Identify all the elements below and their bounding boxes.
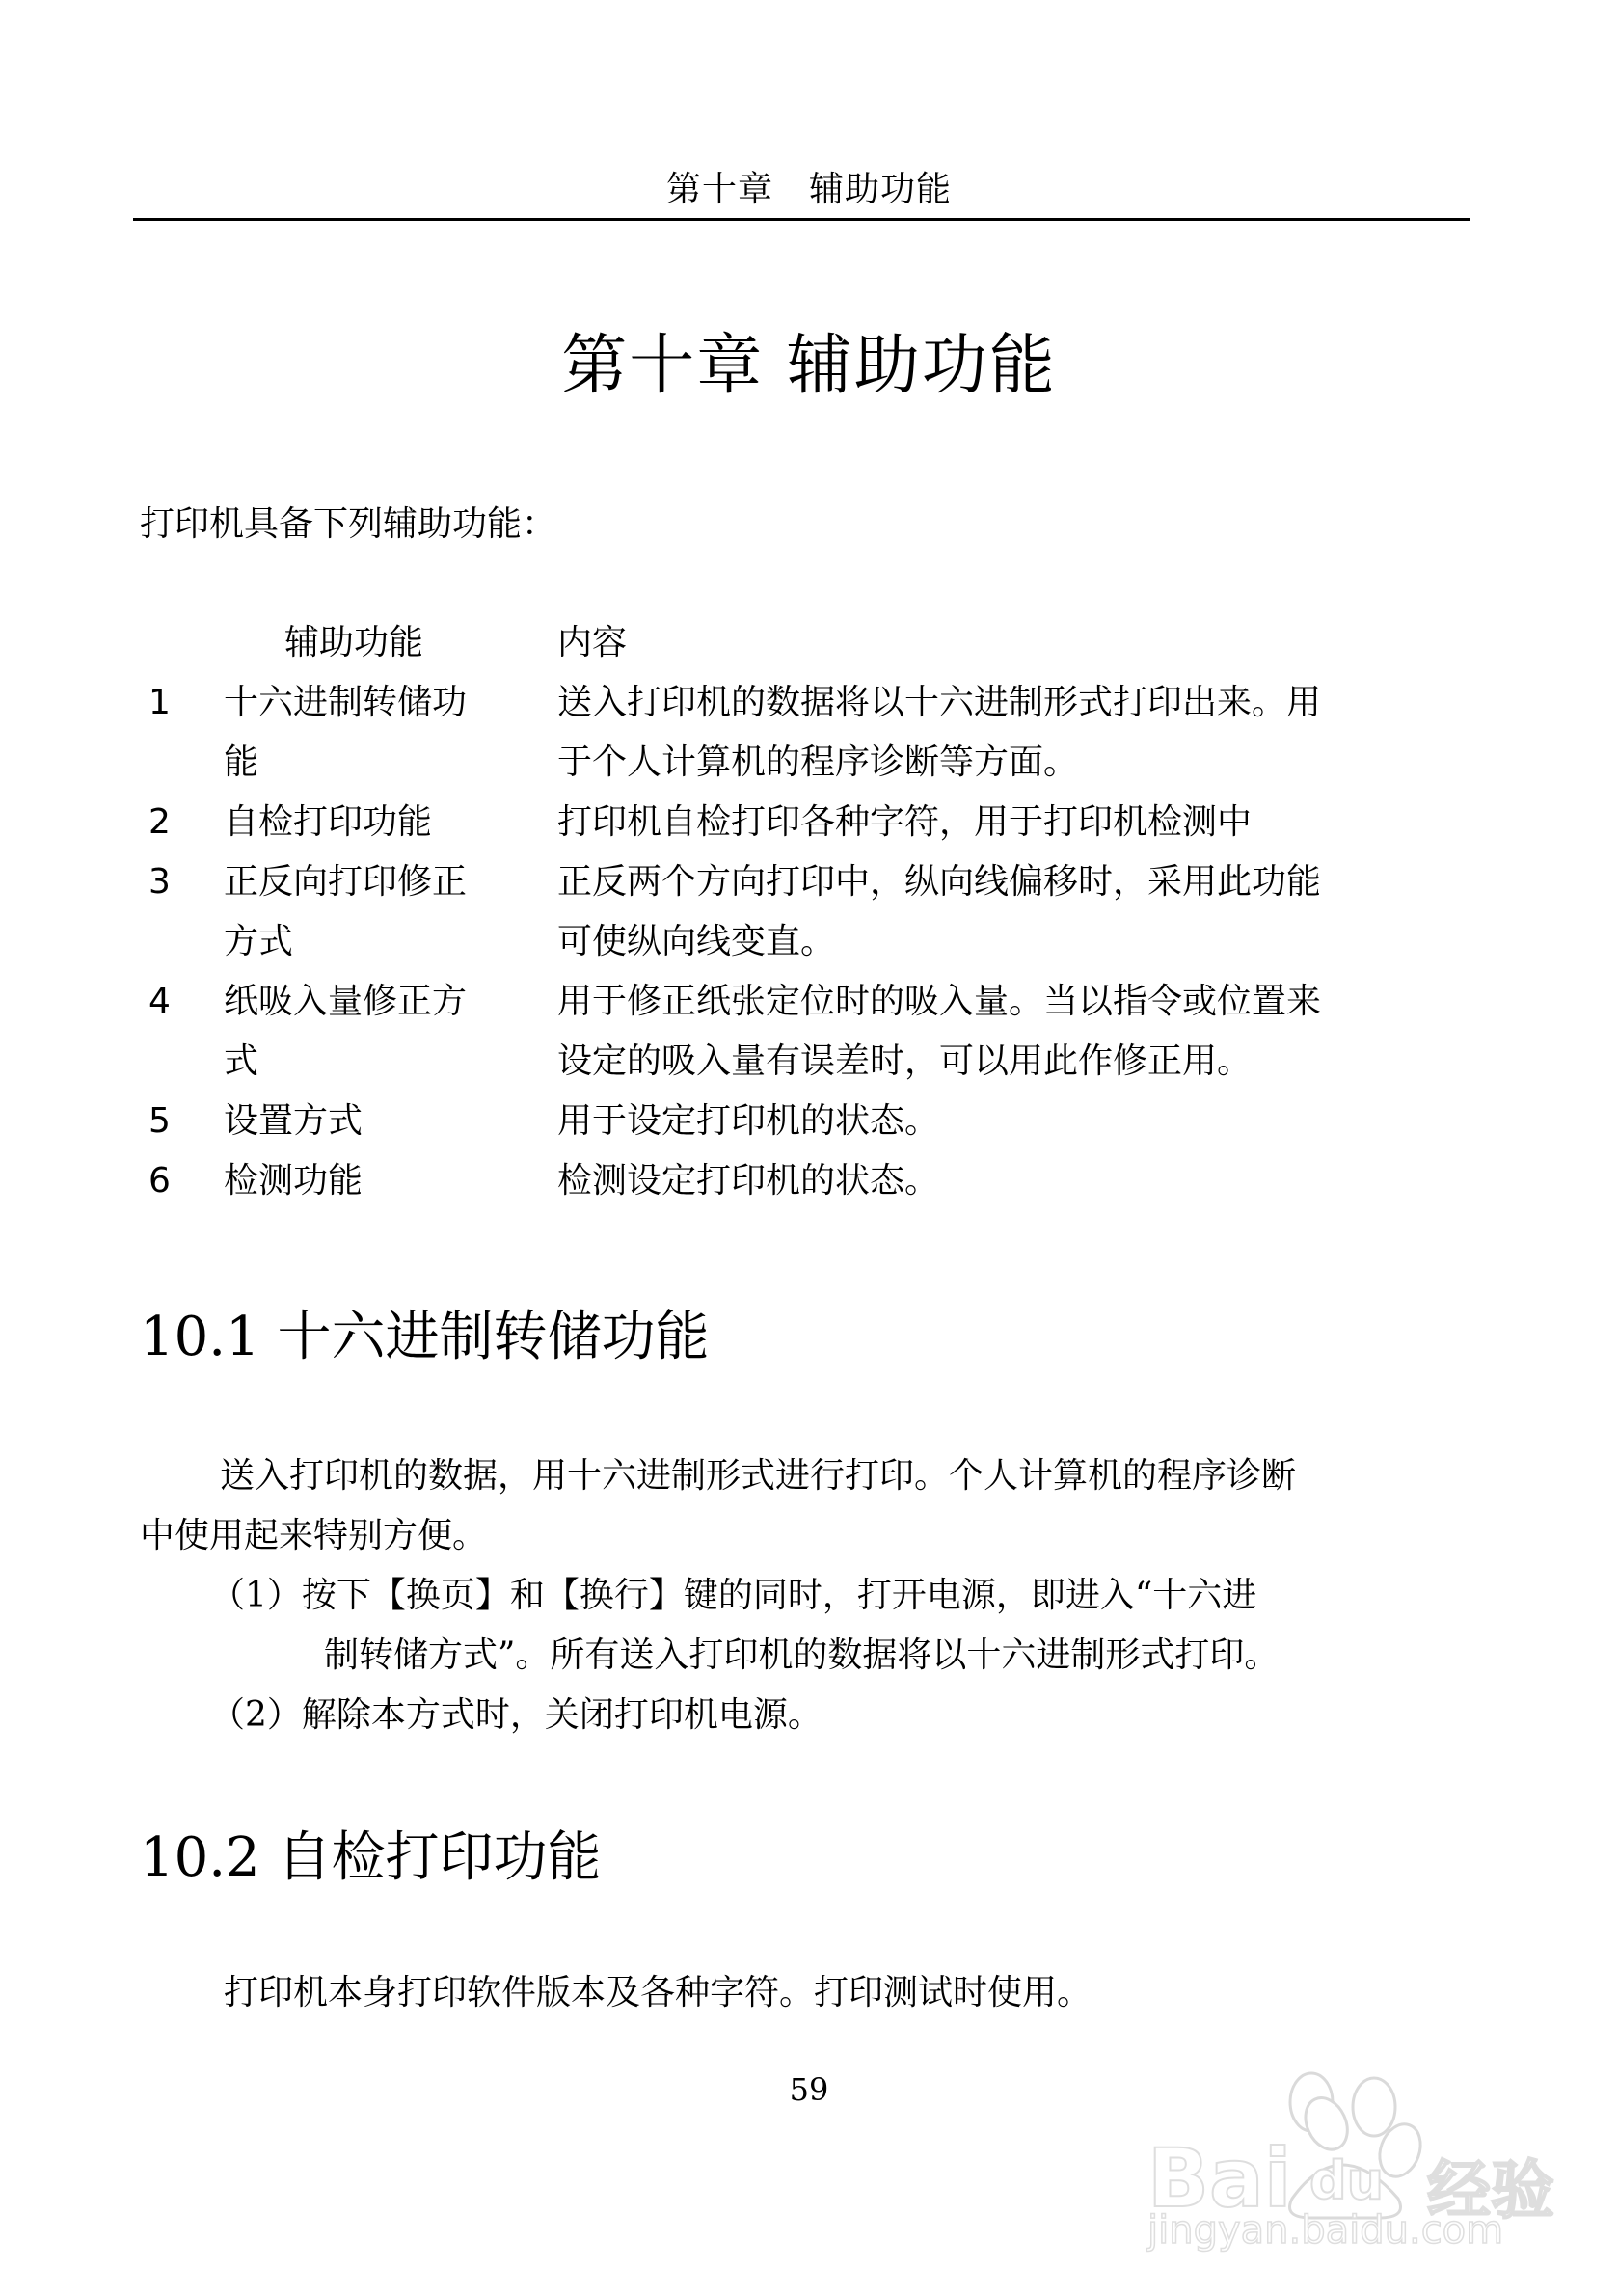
section-title-10-2: 10.2 自检打印功能: [140, 1815, 602, 1892]
baidu-jingyan-watermark: Bai du 经验 jingyan.baidu.com: [1147, 2054, 1572, 2247]
section1-step-1-cont: 制转储方式”。所有送入打印机的数据将以十六进制形式打印。: [324, 1626, 1279, 1686]
row-name-cont: 方式: [224, 912, 293, 972]
running-header: 第十章 辅助功能: [0, 162, 1618, 211]
row-content-cont: 于个人计算机的程序诊断等方面。: [557, 733, 1078, 793]
row-name: 检测功能: [224, 1151, 363, 1211]
watermark-brand-paw: du: [1309, 2150, 1384, 2211]
chapter-title: 第十章 辅助功能: [0, 313, 1618, 407]
header-rule: [133, 218, 1470, 221]
row-name-cont: 式: [224, 1032, 258, 1092]
row-name: 设置方式: [224, 1092, 363, 1151]
row-number: 2: [148, 793, 171, 852]
row-number: 1: [148, 673, 171, 733]
watermark-url: jingyan.baidu.com: [1147, 2208, 1503, 2253]
row-content-cont: 可使纵向线变直。: [557, 912, 835, 972]
section1-paragraph: 送入打印机的数据，用十六进制形式进行打印。个人计算机的程序诊断: [220, 1446, 1296, 1506]
row-name: 自检打印功能: [224, 793, 432, 852]
row-number: 5: [148, 1092, 171, 1151]
row-number: 6: [148, 1151, 171, 1211]
row-content: 打印机自检打印各种字符，用于打印机检测中: [557, 793, 1252, 852]
section1-step-2: （2）解除本方式时，关闭打印机电源。: [210, 1686, 822, 1745]
row-name: 十六进制转储功: [224, 673, 467, 733]
row-name-cont: 能: [224, 733, 258, 793]
section1-step-1: （1）按下【换页】和【换行】键的同时，打开电源，即进入“十六进: [210, 1566, 1256, 1626]
section2-paragraph: 打印机本身打印软件版本及各种字符。打印测试时使用。: [224, 1963, 1092, 2023]
row-content: 送入打印机的数据将以十六进制形式打印出来。用: [557, 673, 1321, 733]
row-name: 纸吸入量修正方: [224, 972, 467, 1032]
table-header-content: 内容: [557, 613, 627, 673]
row-content: 用于修正纸张定位时的吸入量。当以指令或位置来: [557, 972, 1321, 1032]
row-number: 3: [148, 852, 171, 912]
section-title-10-1: 10.1 十六进制转储功能: [140, 1294, 710, 1371]
section1-paragraph-cont: 中使用起来特别方便。: [140, 1506, 487, 1566]
row-content: 检测设定打印机的状态。: [557, 1151, 939, 1211]
row-content: 正反两个方向打印中，纵向线偏移时，采用此功能: [557, 852, 1321, 912]
intro-text: 打印机具备下列辅助功能：: [140, 497, 556, 546]
row-name: 正反向打印修正: [224, 852, 467, 912]
row-content-cont: 设定的吸入量有误差时，可以用此作修正用。: [557, 1032, 1252, 1092]
table-header-name: 辅助功能: [284, 613, 423, 673]
row-number: 4: [148, 972, 171, 1032]
row-content: 用于设定打印机的状态。: [557, 1092, 939, 1151]
